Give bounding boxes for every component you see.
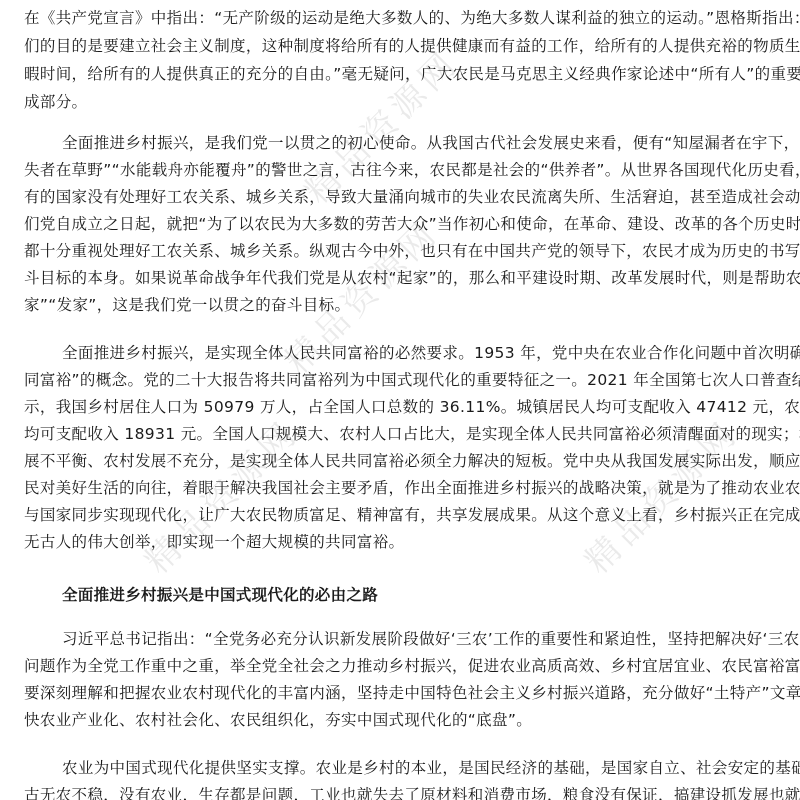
text-line: 要深刻理解和把握农业农村现代化的丰富内涵，坚持走中国特色社会主义乡村振兴道路，充… — [24, 683, 776, 703]
text-line: 展不平衡、农村发展不充分，是实现全体人民共同富裕必须全力解决的短板。党中央从我国… — [24, 451, 776, 471]
text-line: 民对美好生活的向往，着眼于解决我国社会主要矛盾，作出全面推进乡村振兴的战略决策，… — [24, 478, 776, 498]
text-line: 们党自成立之日起，就把“为了以农民为大多数的劳苦大众”当作初心和使命，在革命、建… — [24, 214, 776, 234]
text-line: 农业为中国式现代化提供坚实支撑。农业是乡村的本业，是国民经济的基础，是国家自立、… — [62, 758, 776, 778]
text-line: 家”“发家”，这是我们党一以贯之的奋斗目标。 — [24, 295, 776, 315]
text-line: 暇时间，给所有的人提供真正的充分的自由。”毫无疑问，广大农民是马克思主义经典作家… — [24, 64, 776, 84]
text-line: 与国家同步实现现代化，让广大农民物质富足、精神富有，共享发展成果。从这个意义上看… — [24, 505, 776, 525]
text-line: 在《共产党宣言》中指出：“无产阶级的运动是绝大多数人的、为绝大多数人谋利益的独立… — [24, 8, 776, 28]
text-line: 都十分重视处理好工农关系、城乡关系。纵观古今中外，也只有在中国共产党的领导下，农… — [24, 241, 776, 261]
text-line: 成部分。 — [24, 92, 776, 112]
text-line: 同富裕”的概念。党的二十大报告将共同富裕列为中国式现代化的重要特征之一。2021… — [24, 370, 776, 390]
text-line: 无古人的伟大创举，即实现一个超大规模的共同富裕。 — [24, 532, 776, 552]
text-line: 古无农不稳，没有农业，生存都是问题，工业也就失去了原材料和消费市场，粮食没有保证… — [24, 785, 776, 800]
text-line: 斗目标的本身。如果说革命战争年代我们党是从农村“起家”的，那么和平建设时期、改革… — [24, 268, 776, 288]
text-line: 失者在草野”“水能载舟亦能覆舟”的警世之言，古往今来，农民都是社会的“供养者”。… — [24, 160, 776, 180]
text-line: 们的目的是要建立社会主义制度，这种制度将给所有的人提供健康而有益的工作，给所有的… — [24, 36, 776, 56]
text-line: 有的国家没有处理好工农关系、城乡关系，导致大量涌向城市的失业农民流离失所、生活窘… — [24, 187, 776, 207]
text-line: 均可支配收入 18931 元。全国人口规模大、农村人口占比大，是实现全体人民共同… — [24, 424, 776, 444]
text-line: 全面推进乡村振兴，是我们党一以贯之的初心使命。从我国古代社会发展史来看，便有“知… — [62, 133, 776, 153]
text-line: 习近平总书记指出：“全党务必充分认识新发展阶段做好‘三农’工作的重要性和紧迫性，… — [62, 629, 776, 649]
text-line: 问题作为全党工作重中之重，举全党全社会之力推动乡村振兴，促进农业高质高效、乡村宜… — [24, 656, 776, 676]
document-page: 精品资源网 精品资源网 精品资源网 精品资源网 在《共产党宣言》中指出：“无产阶… — [0, 0, 800, 800]
text-line: 示，我国乡村居住人口为 50979 万人，占全国人口总数的 36.11%。城镇居… — [24, 397, 776, 417]
section-heading: 全面推进乡村振兴是中国式现代化的必由之路 — [62, 585, 378, 605]
text-line: 快农业产业化、农村社会化、农民组织化，夯实中国式现代化的“底盘”。 — [24, 710, 776, 730]
text-line: 全面推进乡村振兴，是实现全体人民共同富裕的必然要求。1953 年，党中央在农业合… — [62, 343, 776, 363]
